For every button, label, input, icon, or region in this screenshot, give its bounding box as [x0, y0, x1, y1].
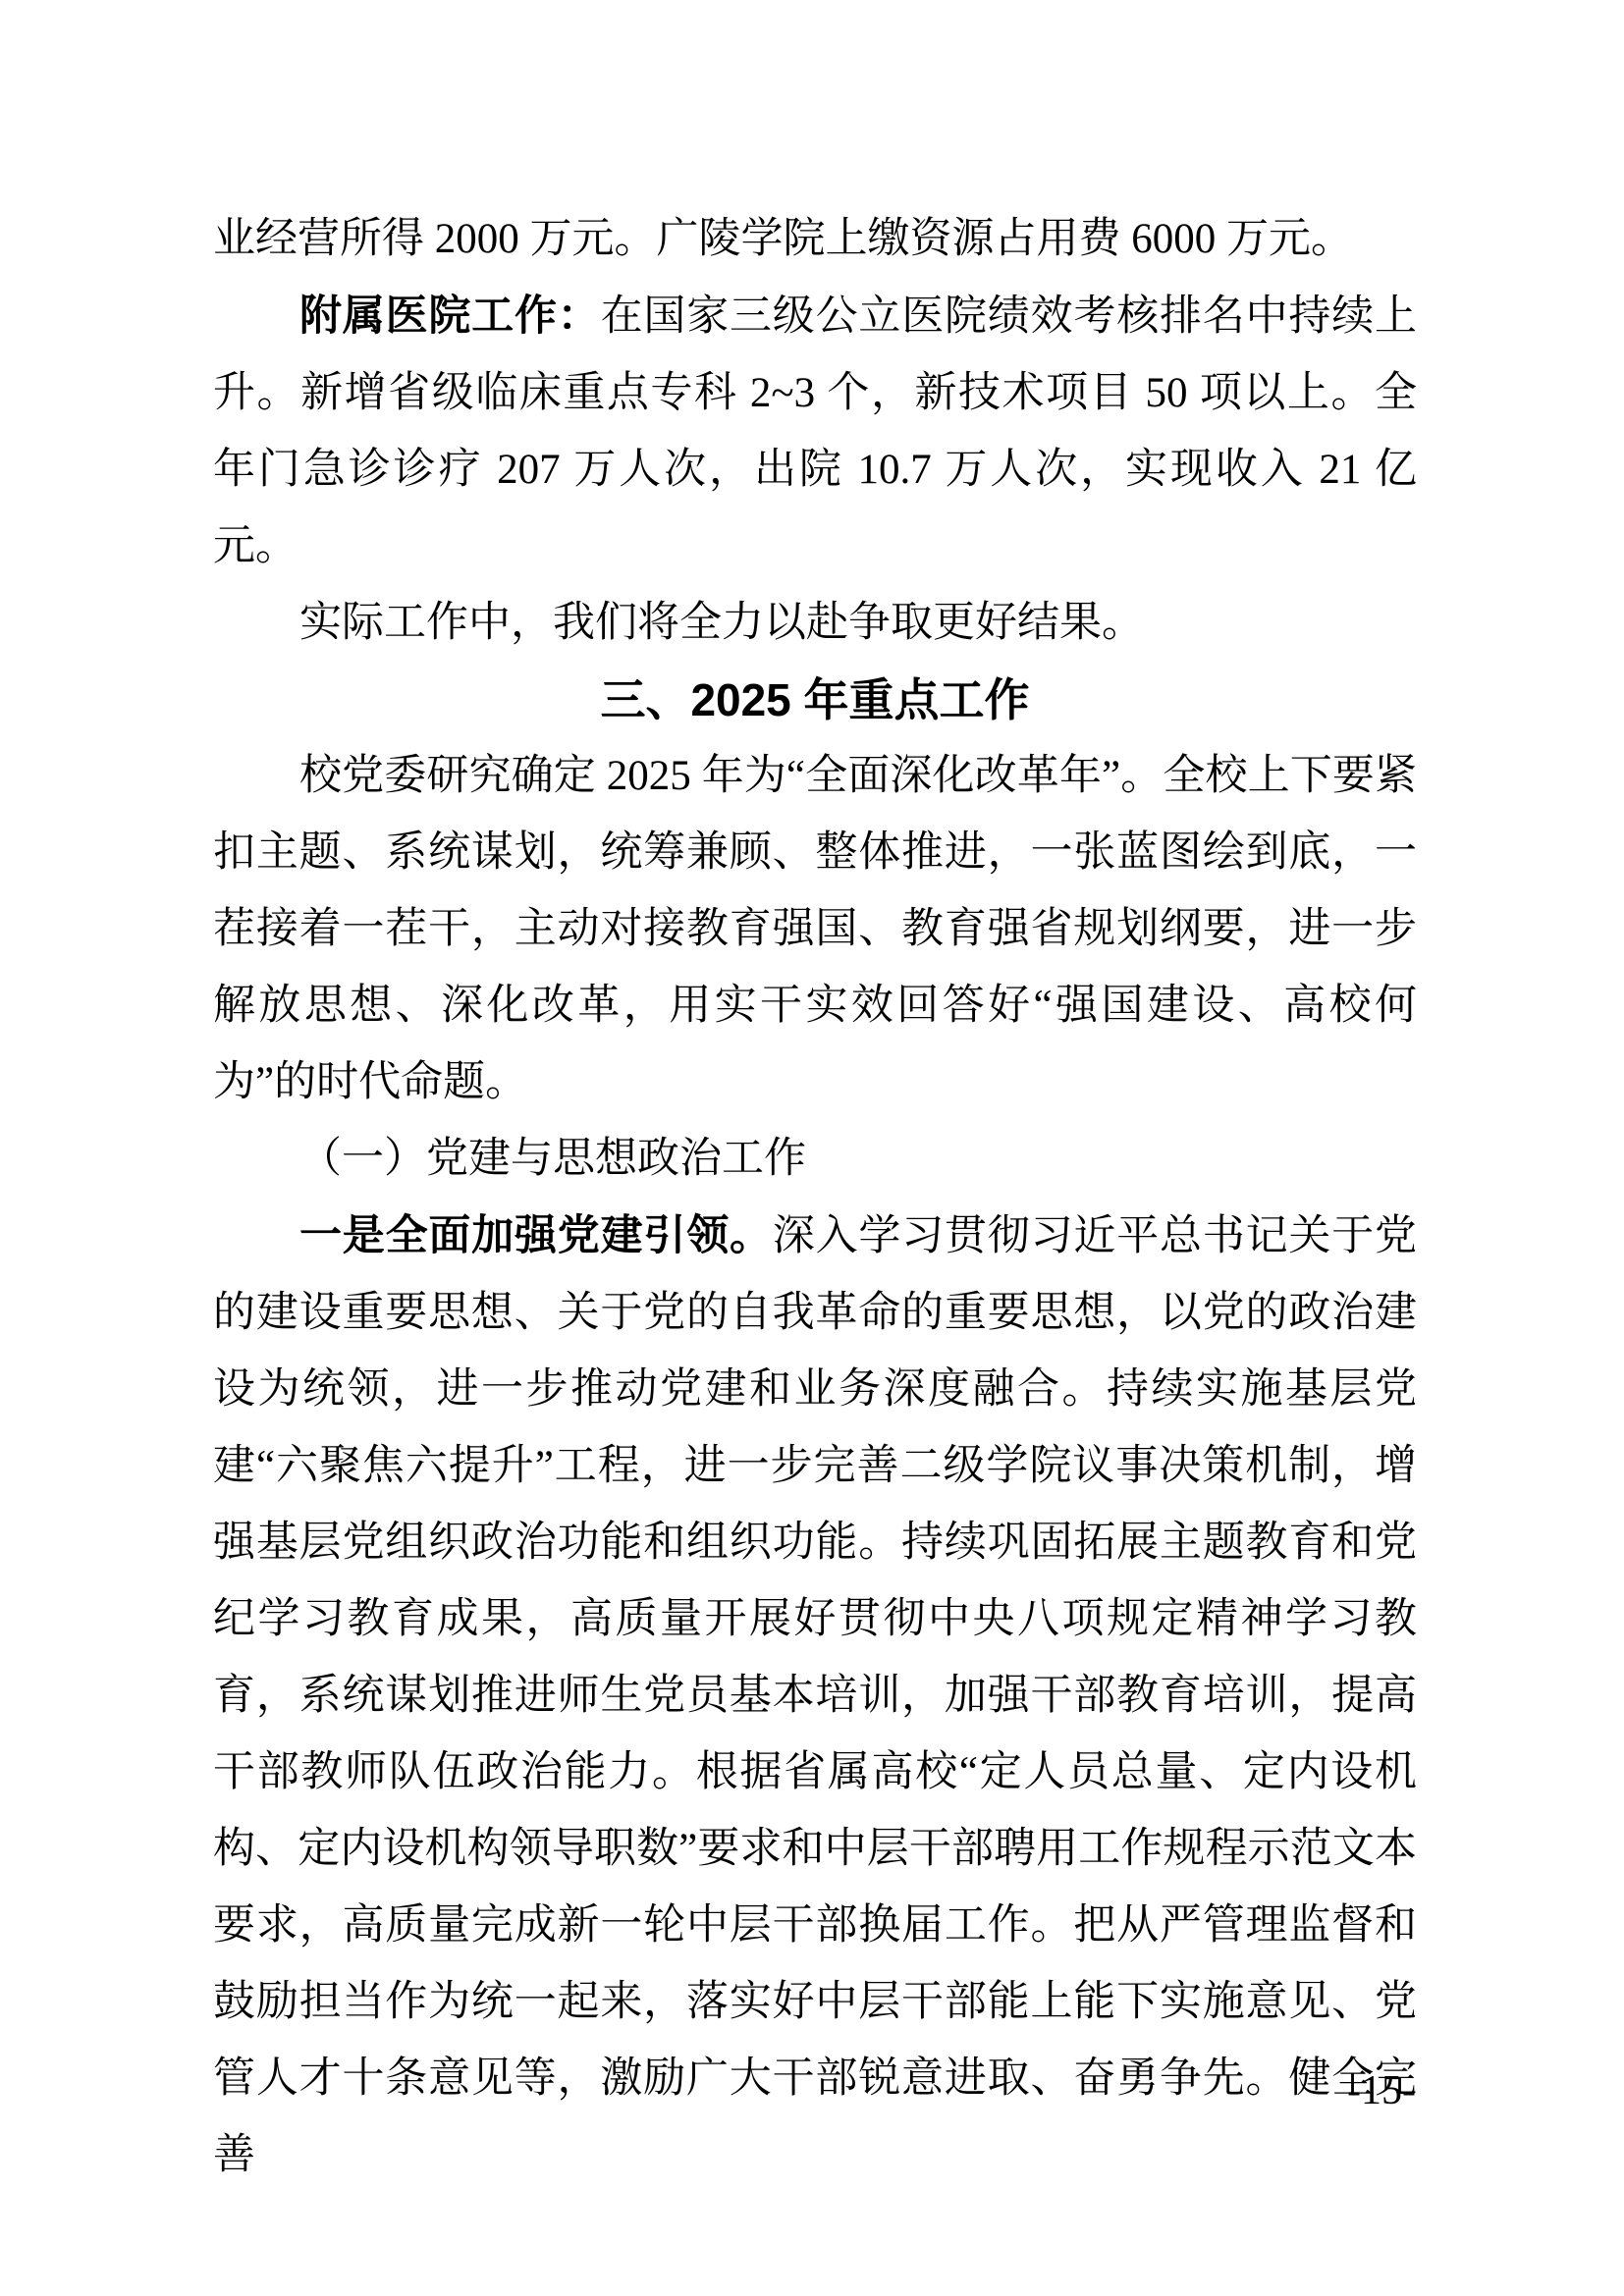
paragraph-continuation-revenue: 业经营所得 2000 万元。广陵学院上缴资源占用费 6000 万元。 — [213, 201, 1417, 278]
section-heading-2025-key-work: 三、2025 年重点工作 — [213, 662, 1417, 738]
text-run: （一）党建与思想政治工作 — [299, 1136, 806, 1182]
text-run: 实际工作中，我们将全力以赴争取更好结果。 — [299, 600, 1144, 646]
emphasis-run: 一是全面加强党建引领。 — [299, 1212, 773, 1259]
text-run: 校党委研究确定 2025 年为“全面深化改革年”。全校上下要紧扣主题、系统谋划，… — [213, 753, 1417, 1105]
emphasis-run: 三、2025 年重点工作 — [600, 674, 1029, 725]
paragraph-party-building-leadership: 一是全面加强党建引领。深入学习贯彻习近平总书记关于党的建设重要思想、关于党的自我… — [213, 1198, 1417, 2194]
paragraph-practical-work: 实际工作中，我们将全力以赴争取更好结果。 — [213, 585, 1417, 662]
paragraph-affiliated-hospital: 附属医院工作：在国家三级公立医院绩效考核排名中持续上升。新增省级临床重点专科 2… — [213, 278, 1417, 585]
subsection-heading-party-building: （一）党建与思想政治工作 — [213, 1121, 1417, 1198]
text-run: 深入学习贯彻习近平总书记关于党的建设重要思想、关于党的自我革命的重要思想，以党的… — [213, 1213, 1417, 2178]
emphasis-run: 附属医院工作： — [299, 293, 601, 340]
text-run: 业经营所得 2000 万元。广陵学院上缴资源占用费 6000 万元。 — [213, 216, 1353, 262]
page-number: -15- — [1347, 2069, 1416, 2112]
document-content: 业经营所得 2000 万元。广陵学院上缴资源占用费 6000 万元。附属医院工作… — [213, 201, 1417, 2194]
paragraph-reform-year: 校党委研究确定 2025 年为“全面深化改革年”。全校上下要紧扣主题、系统谋划，… — [213, 738, 1417, 1121]
document-page: 业经营所得 2000 万元。广陵学院上缴资源占用费 6000 万元。附属医院工作… — [0, 0, 1624, 2296]
